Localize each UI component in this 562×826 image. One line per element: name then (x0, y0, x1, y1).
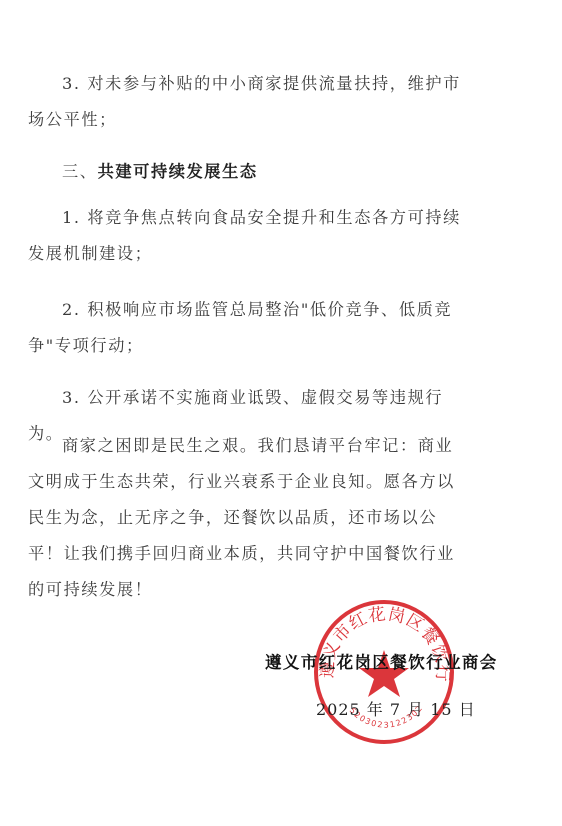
signature-date: 2025 年 7 月 15 日 (316, 697, 476, 720)
paragraph-item-2-respond: 2. 积极响应市场监管总局整治"低价竞争、低质竞争"专项行动； (28, 292, 468, 364)
paragraph-item-3-traffic: 3. 对未参与补贴的中小商家提供流量扶持，维护市场公平性； (28, 66, 468, 138)
section-number: 三、 (62, 162, 98, 181)
section-heading: 三、共建可持续发展生态 (62, 158, 258, 182)
signature-organization: 遵义市红花岗区餐饮行业商会 (265, 649, 498, 673)
document-page: 3. 对未参与补贴的中小商家提供流量扶持，维护市场公平性； 三、共建可持续发展生… (0, 0, 562, 826)
section-title: 共建可持续发展生态 (98, 162, 258, 181)
paragraph-closing: 商家之困即是民生之艰。我们恳请平台牢记：商业文明成于生态共荣，行业兴衰系于企业良… (28, 428, 468, 608)
paragraph-item-1-focus: 1. 将竞争焦点转向食品安全提升和生态各方可持续发展机制建设； (28, 200, 468, 272)
